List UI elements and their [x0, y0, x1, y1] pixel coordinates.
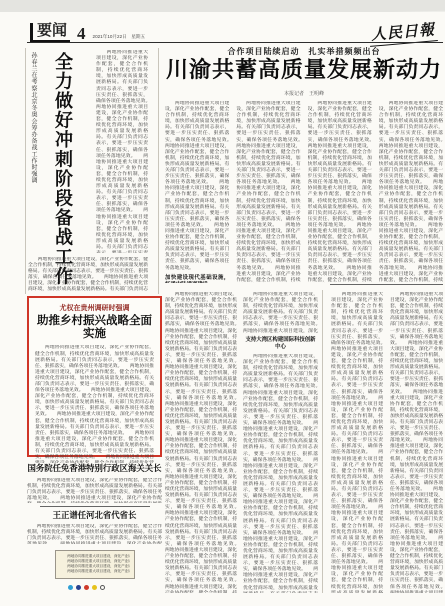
registration-dot — [92, 585, 97, 590]
main-article-body-columns: 两地协同推进重大项目建设，深化产业协作配套，健全合作机制，持续优化营商环境，加快… — [165, 101, 443, 283]
greeked-body-text: 两地协同推进重大项目建设，深化产业协作配套，健全合作机制，持续优化营商环境，加快… — [308, 101, 372, 283]
header-rule — [27, 42, 443, 43]
body-column: 两地协同推进重大项目建设，深化产业协作配套，健全合作机制，持续优化营商环境，加快… — [236, 101, 300, 283]
greeked-body-text: 两地协同推进重大项目建设，深化产业协作配套，健全合作机制，持续优化营商环境，加快… — [390, 292, 443, 593]
red-highlight-article-box: 尤权在贵州调研时强调 助推乡村振兴战略全面实施 两地协同推进重大项目建设，深化产… — [27, 296, 162, 457]
body-column: 两地协同推进重大项目建设，深化产业协作配套，健全合作机制，持续优化营商环境，加快… — [379, 101, 443, 283]
greeked-body-text: 两地协同推进重大项目建设，深化产业协作配套，健全合作机制，持续优化营商环境，加快… — [28, 257, 148, 293]
date-line: 2021年10月22日 星期五 — [93, 34, 146, 42]
notice-box-line: 两地协同推进重大项目建设，深化产业协作配套，健全合作机制，持续优化营商环境，加快… — [60, 569, 130, 574]
notice-box: 两地协同推进重大项目建设，深化产业协作配套，健全合作机制，持续优化营商环境，加快… — [55, 550, 135, 579]
left-article-kicker: 孙春兰在考察北京冬奥会筹办备战工作时强调 — [29, 52, 38, 222]
column-rule-left — [25, 48, 26, 294]
main-article-kicker: 合作项目陆续启动 扎实举措频频出台 — [165, 46, 443, 57]
main-article-byline: 本报记者 王明峰 — [165, 90, 443, 97]
red-box-kicker: 尤权在贵州调研时强调 — [35, 303, 154, 313]
page-number: 4 — [77, 25, 86, 42]
section-divider — [330, 284, 443, 285]
page-header: 要闻 4 2021年10月22日 星期五 — [30, 23, 145, 42]
left-article-headline: 全力做好冲刺阶段备战工作 — [50, 52, 76, 290]
registration-dot — [76, 585, 81, 590]
registration-dot — [84, 585, 89, 590]
hebei-governor-headline: 王正谱任河北省代省长 — [27, 511, 162, 520]
greeked-body-text: 两地协同推进重大项目建设，深化产业协作配套，健全合作机制，持续优化营商环境，加快… — [236, 101, 300, 283]
hk-customs-headline: 国务院任免香港特别行政区海关关长 — [27, 464, 162, 473]
newspaper-page: { "page": { "header": { "section_label":… — [0, 0, 445, 606]
column-rule-lower — [322, 290, 323, 593]
registration-dot — [68, 585, 73, 590]
greeked-body-text: 两地协同推进重大项目建设，深化产业协作配套，健全合作机制，持续优化营商环境，加快… — [27, 478, 162, 503]
greeked-body-text: 两地协同推进重大项目建设，深化产业协作配套，健全合作机制，持续优化营商环境，加快… — [379, 101, 443, 283]
greeked-body-text: 两地协同推进重大项目建设，深化产业协作配套，健全合作机制，持续优化营商环境，加快… — [35, 345, 154, 463]
lower-article-subhead: 支持大湾区构建国际科技创新中心 — [243, 337, 318, 351]
main-article-subhead-1: 加快建设现代基础设施，畅通内陆通道建设 — [165, 275, 229, 283]
lower-article-column: 两地协同推进重大项目建设，深化产业协作配套，健全合作机制，持续优化营商环境，加快… — [243, 292, 318, 593]
greeked-body-text: 两地协同推进重大项目建设，深化产业协作配套，健全合作机制，持续优化营商环境，加快… — [165, 101, 229, 272]
main-article-headline: 川渝共蓄高质量发展新动力 — [165, 57, 443, 82]
greeked-body-text: 两地协同推进重大项目建设，深化产业协作配套，健全合作机制，持续优化营商环境，加快… — [27, 524, 162, 544]
greeked-body-text: 两地协同推进重大项目建设，深化产业协作配套，健全合作机制，持续优化营商环境，加快… — [331, 292, 383, 593]
section-label: 要闻 — [30, 23, 70, 42]
greeked-body-text: 两地协同推进重大项目建设，深化产业协作配套，健全合作机制，持续优化营商环境，加快… — [243, 292, 318, 334]
column-rule-mid — [158, 48, 159, 294]
red-box-headline: 助推乡村振兴战略全面实施 — [35, 315, 154, 341]
article-divider — [40, 506, 150, 507]
greeked-body-text: 两地协同推进重大项目建设，深化产业协作配套，健全合作机制，持续优化营商环境，加快… — [96, 50, 148, 253]
body-column: 两地协同推进重大项目建设，深化产业协作配套，健全合作机制，持续优化营商环境，加快… — [308, 101, 372, 283]
greeked-body-text: 两地协同推进重大项目建设，深化产业协作配套，健全合作机制，持续优化营商环境，加快… — [165, 292, 237, 593]
greeked-body-text: 两地协同推进重大项目建设，深化产业协作配套，健全合作机制，持续优化营商环境，加快… — [243, 354, 318, 593]
registration-ring — [100, 585, 105, 590]
body-column: 两地协同推进重大项目建设，深化产业协作配套，健全合作机制，持续优化营商环境，加快… — [165, 101, 229, 283]
color-registration-marks — [68, 585, 105, 590]
